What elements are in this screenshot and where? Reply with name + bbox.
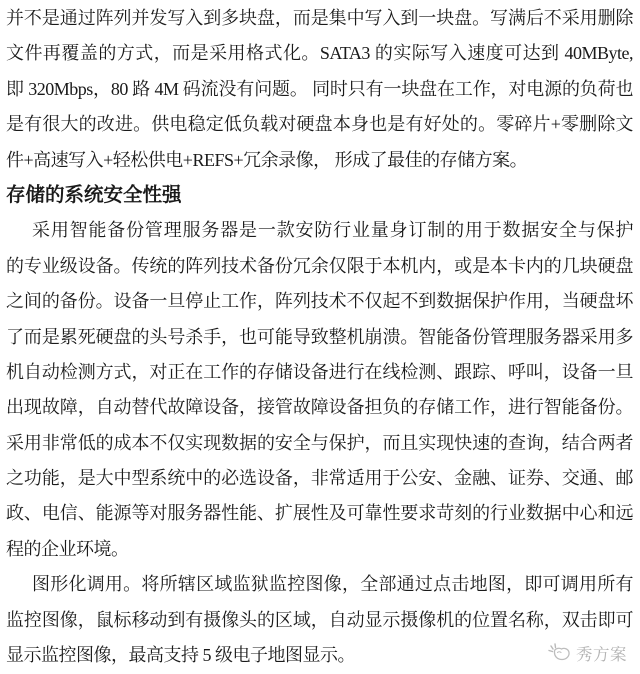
text-line: 机自动检测方式，对正在工作的存储设备进行在线检测、跟踪、呼叫，设备一旦	[6, 355, 633, 390]
watermark-label: 秀方案	[576, 641, 627, 665]
text-line: 政、电信、能源等对服务器性能、扩展性及可靠性要求苛刻的行业数据中心和远	[6, 496, 633, 531]
text-line: 显示监控图像，最高支持 5 级电子地图显示。	[6, 638, 633, 673]
text-line: 文件再覆盖的方式，而是采用格式化。SATA3 的实际写入速度可达到 40MByt…	[6, 36, 633, 71]
text-line: 并不是通过阵列并发写入到多块盘，而是集中写入到一块盘。写满后不采用删除	[6, 1, 633, 36]
text-line: 程的企业环境。	[6, 532, 633, 567]
text-line: 即 320Mbps，80 路 4M 码流没有问题。 同时只有一块盘在工作，对电源…	[6, 72, 633, 107]
text-line: 件+高速写入+轻松供电+REFS+冗余录像， 形成了最佳的存储方案。	[6, 143, 633, 178]
text-line: 图形化调用。将所辖区域监狱监控图像，全部通过点击地图，即可调用所有	[6, 567, 633, 602]
text-line: 的专业级设备。传统的阵列技术备份冗余仅限于本机内，或是本卡内的几块硬盘	[6, 249, 633, 284]
section-heading: 存储的系统安全性强	[6, 178, 633, 213]
text-line: 采用智能备份管理服务器是一款安防行业量身订制的用于数据安全与保护	[6, 213, 633, 248]
document-body: 并不是通过阵列并发写入到多块盘，而是集中写入到一块盘。写满后不采用删除文件再覆盖…	[6, 1, 633, 673]
text-line: 出现故障，自动替代故障设备，接管故障设备担负的存储工作，进行智能备份。	[6, 390, 633, 425]
text-line: 之间的备份。设备一旦停止工作，阵列技术不仅起不到数据保护作用，当硬盘坏	[6, 284, 633, 319]
text-line: 采用非常低的成本不仅实现数据的安全与保护，而且实现快速的查询，结合两者	[6, 426, 633, 461]
text-line: 了而是累死硬盘的头号杀手，也可能导致整机崩溃。智能备份管理服务器采用多	[6, 320, 633, 355]
text-line: 监控图像，鼠标移动到有摄像头的区域，自动显示摄像机的位置名称，双击即可	[6, 603, 633, 638]
text-line: 是有很大的改进。供电稳定低负载对硬盘本身也是有好处的。零碎片+零删除文	[6, 107, 633, 142]
hand-sparkle-icon	[548, 643, 572, 663]
text-line: 之功能，是大中型系统中的必选设备，非常适用于公安、金融、证券、交通、邮	[6, 461, 633, 496]
watermark: 秀方案	[548, 641, 627, 665]
document-page: 并不是通过阵列并发写入到多块盘，而是集中写入到一块盘。写满后不采用删除文件再覆盖…	[0, 0, 640, 674]
